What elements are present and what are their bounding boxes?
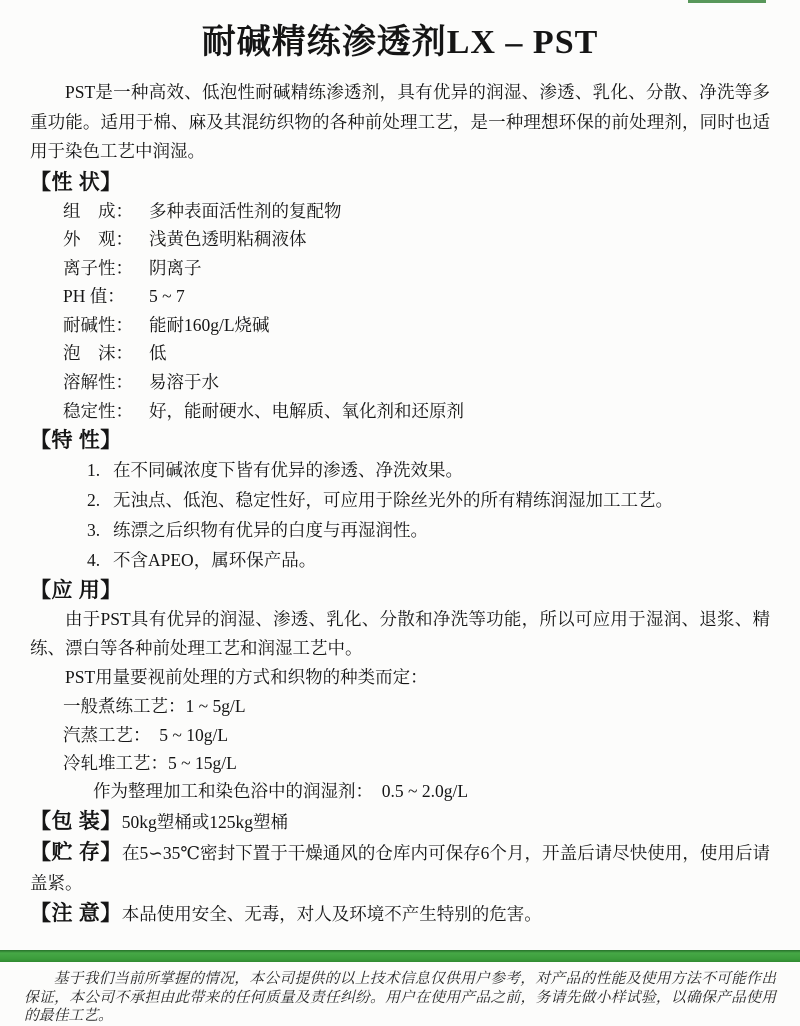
property-row: 稳定性：好，能耐硬水、电解质、氧化剂和还原剂 xyxy=(63,397,770,426)
dosage-line: 汽蒸工艺： 5 ~ 10g/L xyxy=(30,721,770,749)
property-label: 泡 沫： xyxy=(63,339,149,368)
dosage-list: 一般煮练工艺：1 ~ 5g/L 汽蒸工艺： 5 ~ 10g/L 冷轧堆工艺：5 … xyxy=(30,692,770,806)
property-label: PH 值： xyxy=(63,282,149,311)
footer-disclaimer: 基于我们当前所掌握的情况，本公司提供的以上技术信息仅供用户参考，对产品的性能及使… xyxy=(24,970,776,1026)
property-row: 泡 沫：低 xyxy=(63,339,770,368)
property-row: 组 成：多种表面活性剂的复配物 xyxy=(63,197,770,226)
feature-number: 2. xyxy=(87,485,113,515)
intro-paragraph: PST是一种高效、低泡性耐碱精练渗透剂，具有优异的润湿、渗透、乳化、分散、净洗等… xyxy=(30,78,770,167)
property-value: 好，能耐硬水、电解质、氧化剂和还原剂 xyxy=(149,401,464,421)
property-value: 易溶于水 xyxy=(149,372,219,392)
section-heading-packaging: 【包 装】 xyxy=(30,809,122,833)
properties-list: 组 成：多种表面活性剂的复配物 外 观：浅黄色透明粘稠液体 离子性：阴离子 PH… xyxy=(30,197,770,426)
features-list: 1.在不同碱浓度下皆有优异的渗透、净洗效果。 2.无浊点、低泡、稳定性好，可应用… xyxy=(30,455,770,575)
property-row: 溶解性：易溶于水 xyxy=(63,368,770,397)
property-value: 低 xyxy=(149,343,167,363)
feature-number: 3. xyxy=(87,515,113,545)
property-label: 外 观： xyxy=(63,225,149,254)
document-body: PST是一种高效、低泡性耐碱精练渗透剂，具有优异的润湿、渗透、乳化、分散、净洗等… xyxy=(30,78,770,929)
feature-text: 无浊点、低泡、稳定性好，可应用于除丝光外的所有精练润湿加工工艺。 xyxy=(113,490,673,510)
scan-artifact-green-mark xyxy=(688,0,766,3)
property-value: 多种表面活性剂的复配物 xyxy=(149,201,342,221)
dosage-line: 一般煮练工艺：1 ~ 5g/L xyxy=(30,692,770,720)
property-label: 稳定性： xyxy=(63,397,149,426)
packaging-line: 【包 装】50kg塑桶或125kg塑桶 xyxy=(30,806,770,837)
feature-text: 不含APEO，属环保产品。 xyxy=(113,550,316,570)
dosage-line: 作为整理加工和染色浴中的润湿剂： 0.5 ~ 2.0g/L xyxy=(30,777,770,805)
packaging-text: 50kg塑桶或125kg塑桶 xyxy=(122,812,288,832)
feature-item: 3.练漂之后织物有优异的白度与再湿润性。 xyxy=(87,515,770,545)
page-title: 耐碱精练渗透剂LX – PST xyxy=(0,22,800,64)
property-row: 耐碱性：能耐160g/L烧碱 xyxy=(63,311,770,340)
green-divider-bar xyxy=(0,950,800,962)
property-label: 离子性： xyxy=(63,254,149,283)
notice-text: 本品使用安全、无毒，对人及环境不产生特别的危害。 xyxy=(122,904,542,924)
section-heading-properties: 【性 状】 xyxy=(30,167,770,197)
property-row: 离子性：阴离子 xyxy=(63,254,770,283)
property-row: PH 值：5 ~ 7 xyxy=(63,282,770,311)
feature-text: 在不同碱浓度下皆有优异的渗透、净洗效果。 xyxy=(113,460,463,480)
property-value: 阴离子 xyxy=(149,258,202,278)
application-usage-note: PST用量要视前处理的方式和织物的种类而定： xyxy=(30,663,770,692)
feature-item: 2.无浊点、低泡、稳定性好，可应用于除丝光外的所有精练润湿加工工艺。 xyxy=(87,485,770,515)
property-row: 外 观：浅黄色透明粘稠液体 xyxy=(63,225,770,254)
section-heading-features: 【特 性】 xyxy=(30,425,770,455)
feature-number: 1. xyxy=(87,455,113,485)
application-paragraph: 由于PST具有优异的润湿、渗透、乳化、分散和净洗等功能，所以可应用于湿润、退浆、… xyxy=(30,605,770,663)
storage-line: 【贮 存】在5∽35℃密封下置于干燥通风的仓库内可保存6个月，开盖后请尽快使用，… xyxy=(30,837,770,898)
property-label: 溶解性： xyxy=(63,368,149,397)
feature-item: 1.在不同碱浓度下皆有优异的渗透、净洗效果。 xyxy=(87,455,770,485)
property-label: 组 成： xyxy=(63,197,149,226)
feature-number: 4. xyxy=(87,545,113,575)
property-value: 浅黄色透明粘稠液体 xyxy=(149,229,307,249)
section-heading-notice: 【注 意】 xyxy=(30,901,122,925)
section-heading-application: 【应 用】 xyxy=(30,575,770,605)
notice-line: 【注 意】本品使用安全、无毒，对人及环境不产生特别的危害。 xyxy=(30,898,770,929)
property-label: 耐碱性： xyxy=(63,311,149,340)
property-value: 5 ~ 7 xyxy=(149,286,185,306)
feature-item: 4.不含APEO，属环保产品。 xyxy=(87,545,770,575)
property-value: 能耐160g/L烧碱 xyxy=(149,315,270,335)
feature-text: 练漂之后织物有优异的白度与再湿润性。 xyxy=(113,520,428,540)
storage-text: 在5∽35℃密封下置于干燥通风的仓库内可保存6个月，开盖后请尽快使用，使用后请盖… xyxy=(30,843,770,893)
section-heading-storage: 【贮 存】 xyxy=(30,840,122,864)
dosage-line: 冷轧堆工艺：5 ~ 15g/L xyxy=(30,749,770,777)
